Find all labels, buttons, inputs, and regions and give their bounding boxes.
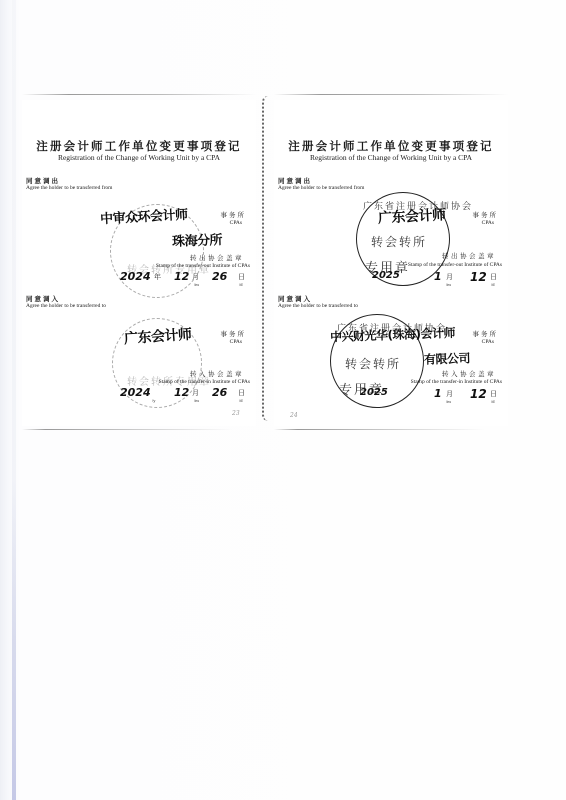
transfer-in-stamp-label-en: Stamp of the transfer-in Institute of CP…: [411, 379, 502, 385]
transfer-in-label-en: Agree the holder to be transferred to: [278, 303, 358, 309]
page-bottom-edge: [22, 429, 256, 430]
page-number: 24: [290, 412, 298, 419]
transfer-in-label-cn: 同意调入: [278, 294, 312, 303]
transfer-out-label-en: Agree the holder to be transferred from: [26, 185, 112, 191]
transfer-out-date: 2025 1 月 /m 12 日 /d: [360, 270, 500, 290]
transfer-out-stamp-label-cn: 转出协会盖章: [190, 253, 244, 262]
page-title-en: Registration of the Change of Working Un…: [274, 153, 508, 162]
page-top-edge: [22, 94, 256, 95]
right-page: 注册会计师工作单位变更事项登记 Registration of the Chan…: [274, 100, 508, 426]
date-month: 12: [174, 270, 189, 283]
transfer-in-cpas-en: CPAs: [230, 339, 242, 345]
transfer-in-cpas-cn: 事务所: [473, 329, 499, 338]
date-year: 2024: [120, 270, 151, 283]
left-page: 注册会计师工作单位变更事项登记 Registration of the Chan…: [22, 100, 256, 426]
scan-edge-shadow: [12, 0, 16, 800]
transfer-in-cpas-en: CPAs: [482, 339, 494, 345]
transfer-out-label-en: Agree the holder to be transferred from: [278, 185, 364, 191]
transfer-out-cpas-en: CPAs: [230, 220, 242, 226]
transfer-in-cpas-cn: 事务所: [221, 329, 247, 338]
transfer-out-stamp-label-en: Stamp of the transfer-out Institute of C…: [408, 262, 502, 268]
transfer-in-stamp-label-en: Stamp of the transfer-in Institute of CP…: [159, 379, 250, 385]
transfer-out-cpas-cn: 事务所: [473, 210, 499, 219]
transfer-in-firm-signature: 中兴财光华(珠海)会计师: [330, 324, 456, 345]
page-top-edge: [274, 94, 508, 95]
transfer-out-cpas-en: CPAs: [482, 220, 494, 226]
transfer-out-firm-signature: 广东会计师: [378, 204, 446, 228]
transfer-out-label-cn: 同意调出: [26, 176, 60, 185]
page-title-en: Registration of the Change of Working Un…: [22, 153, 256, 162]
transfer-out-date: 2024 年 12 月 /m 26 日 /d: [108, 270, 248, 290]
book-spine: [262, 96, 268, 421]
transfer-in-stamp-label-cn: 转入协会盖章: [190, 369, 244, 378]
transfer-out-cpas-cn: 事务所: [221, 210, 247, 219]
page-bottom-edge: [274, 429, 508, 430]
transfer-out-stamp-label-cn: 转出协会盖章: [442, 251, 496, 260]
page-title-cn: 注册会计师工作单位变更事项登记: [22, 138, 256, 154]
transfer-in-date: 2025 1 月 /m 12 日 /d: [360, 387, 500, 407]
transfer-out-label-cn: 同意调出: [278, 176, 312, 185]
transfer-in-firm-suffix-signature: 有限公司: [424, 349, 471, 368]
transfer-in-label-en: Agree the holder to be transferred to: [26, 303, 106, 309]
transfer-in-stamp-label-cn: 转入协会盖章: [442, 369, 496, 378]
transfer-in-label-cn: 同意调入: [26, 294, 60, 303]
transfer-out-branch-signature: 珠海分所: [172, 229, 223, 250]
page-title-cn: 注册会计师工作单位变更事项登记: [274, 138, 508, 154]
date-day: 26: [212, 270, 227, 283]
transfer-in-date: 2024 /y 12 月 /m 26 日 /d: [108, 386, 248, 406]
transfer-out-stamp-label-en: Stamp of the transfer-out Institute of C…: [156, 263, 250, 269]
scanned-document: 注册会计师工作单位变更事项登记 Registration of the Chan…: [0, 0, 566, 800]
page-number: 23: [232, 410, 240, 417]
